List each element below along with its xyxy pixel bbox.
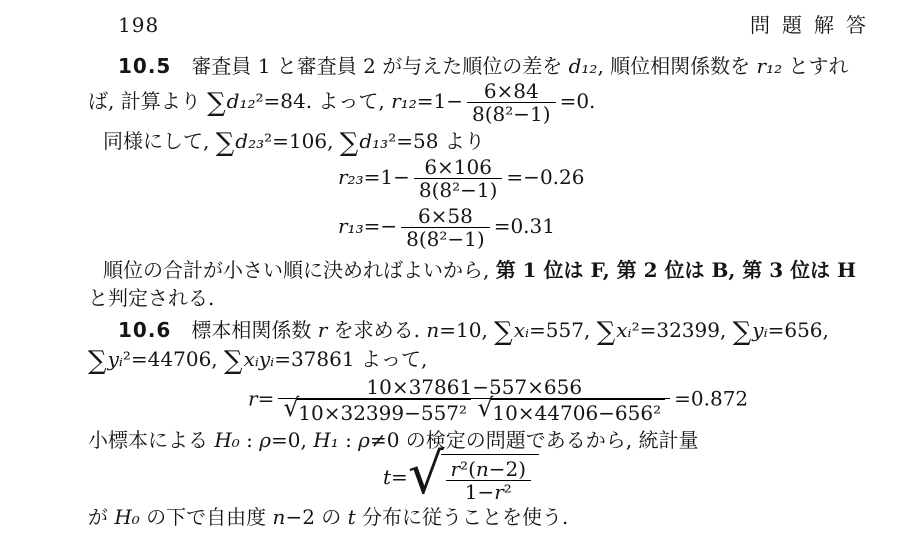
formula-r13: r₁₃=−6×588(8²−1)=0.31: [88, 205, 868, 250]
para-t-distribution: が H₀ の下で自由度 n−2 の t 分布に従うことを使う.: [88, 503, 868, 531]
radical-sign-icon: √: [408, 447, 444, 503]
para-hypothesis-test: 小標本による H₀ : ρ=0, H₁ : ρ≠0 の検定の問題であるから, 統…: [88, 426, 868, 454]
para-10-5-intro-line-1: 10.5 審査員 1 と審査員 2 が与えた順位の差を d₁₂, 順位相関係数を…: [88, 52, 868, 80]
page-number: 198: [118, 10, 159, 40]
fraction: r²(n−2)1−r²: [446, 458, 532, 503]
para-10-6-intro-line-1: 10.6 標本相関係数 r を求める. n=10, ∑xᵢ=557, ∑xᵢ²=…: [88, 316, 868, 345]
textbook-page: 198 問題解答 10.5 審査員 1 と審査員 2 が与えた順位の差を d₁₂…: [0, 0, 898, 535]
square-root: √r²(n−2)1−r²: [408, 454, 539, 503]
formula-r23: r₂₃=1−6×1068(8²−1)=−0.26: [88, 156, 868, 201]
square-root: √10×32399−557²: [283, 399, 471, 424]
formula-correlation-r: r=10×37861−557×656√10×32399−557² √10×447…: [88, 376, 868, 424]
para-ranking-conclusion-line-1: 順位の合計が小さい順に決めればよいから, 第 1 位は F, 第 2 位は B,…: [88, 256, 868, 284]
formula-t-statistic: t=√r²(n−2)1−r²: [88, 454, 868, 503]
fraction: 10×37861−557×656√10×32399−557² √10×44706…: [278, 376, 670, 424]
fraction: 6×1068(8²−1): [414, 156, 503, 201]
page-header-title: 問題解答: [750, 10, 878, 40]
para-10-5-intro-line-2: ば, 計算より ∑d₁₂²=84. よって, r₁₂=1−6×848(8²−1)…: [88, 80, 868, 125]
page-header: 198 問題解答: [88, 10, 868, 40]
square-root: √10×44706−656²: [477, 399, 665, 424]
para-10-5-similarly: 同様にして, ∑d₂₃²=106, ∑d₁₃²=58 より: [88, 127, 868, 156]
para-10-6-intro-line-2: ∑yᵢ²=44706, ∑xᵢyᵢ=37861 よって,: [88, 345, 868, 374]
fraction: 6×848(8²−1): [467, 80, 556, 125]
fraction: 6×588(8²−1): [401, 205, 490, 250]
para-ranking-conclusion-line-2: と判定される.: [88, 284, 868, 312]
